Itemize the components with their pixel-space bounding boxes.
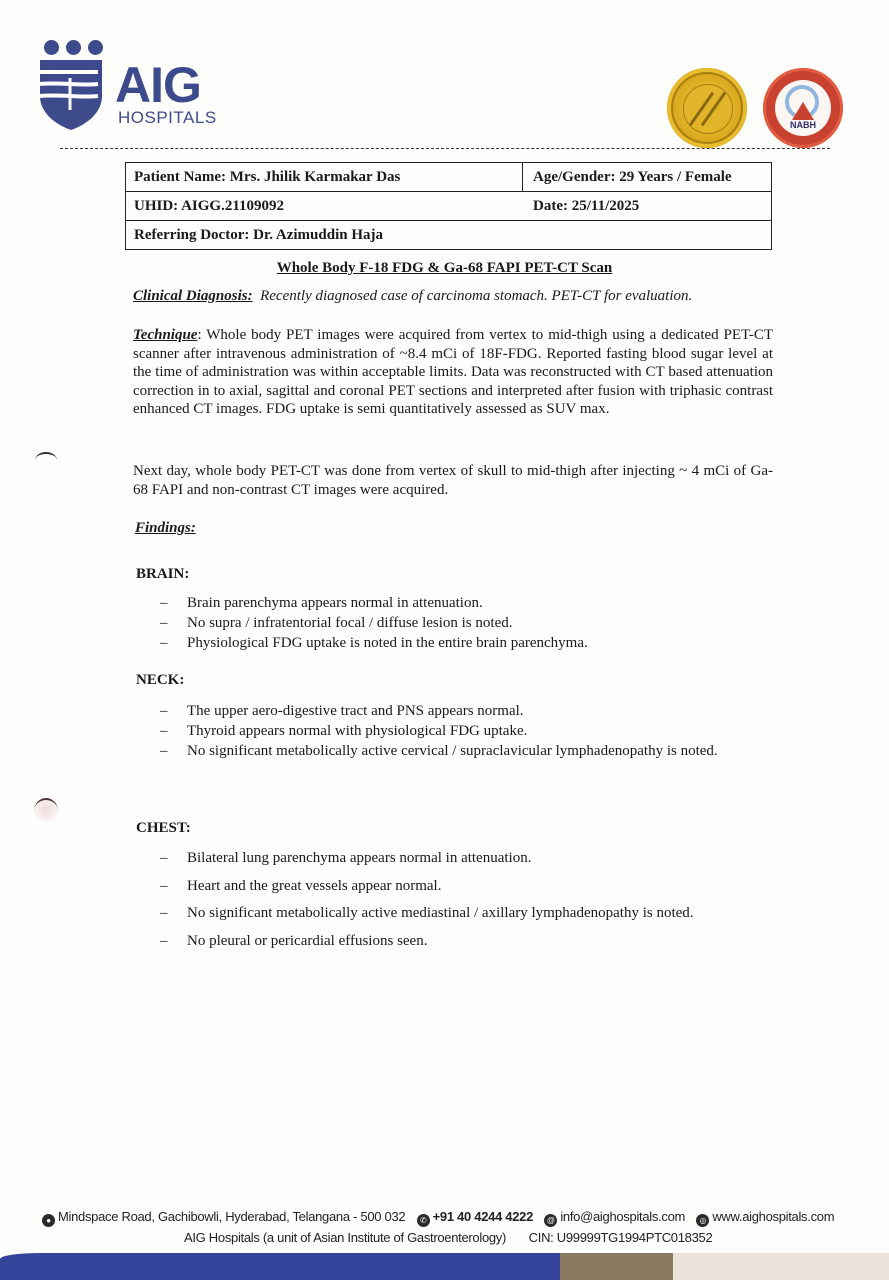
patient-name: Patient Name: Mrs. Jhilik Karmakar Das (126, 169, 522, 186)
technique-paragraph: Technique: Whole body PET images were ac… (133, 326, 773, 419)
list-item: No significant metabolically active medi… (160, 904, 780, 923)
report-date: Date: 25/11/2025 (523, 198, 771, 215)
footer-cin: CIN: U99999TG1994PTC018352 (529, 1230, 713, 1245)
logo-brand-text: AIG (115, 60, 201, 110)
location-pin-icon: ● (42, 1214, 55, 1227)
report-title: Whole Body F-18 FDG & Ga-68 FAPI PET-CT … (0, 260, 889, 277)
neck-findings-list: The upper aero-digestive tract and PNS a… (160, 702, 780, 762)
jci-accreditation-seal (667, 68, 747, 148)
list-item: No supra / infratentorial focal / diffus… (160, 614, 780, 633)
header-divider (60, 148, 830, 149)
list-item: No pleural or pericardial effusions seen… (160, 932, 780, 951)
footer-contact-line: ●Mindspace Road, Gachibowli, Hyderabad, … (42, 1209, 834, 1227)
footer-phone: +91 40 4244 4222 (433, 1209, 533, 1224)
nabh-label: NABH (775, 120, 831, 130)
footer-address: Mindspace Road, Gachibowli, Hyderabad, T… (58, 1209, 405, 1224)
technique-label: Technique (133, 327, 197, 343)
clinical-diagnosis: Clinical Diagnosis: Recently diagnosed c… (133, 288, 692, 305)
section-brain-heading: BRAIN: (136, 566, 189, 583)
patient-uhid: UHID: AIGG.21109092 (126, 198, 523, 215)
list-item: Bilateral lung parenchyma appears normal… (160, 849, 780, 868)
findings-label: Findings: (135, 520, 196, 537)
nabh-accreditation-seal: NABH (763, 68, 843, 148)
clinical-diagnosis-label: Clinical Diagnosis: (133, 288, 253, 304)
footer-email: info@aighospitals.com (560, 1209, 685, 1224)
hole-punch-mark (34, 798, 58, 824)
list-item: Brain parenchyma appears normal in atten… (160, 594, 780, 613)
clinical-diagnosis-text: Recently diagnosed case of carcinoma sto… (260, 288, 692, 304)
next-day-paragraph: Next day, whole body PET-CT was done fro… (133, 462, 773, 499)
referring-doctor: Referring Doctor: Dr. Azimuddin Haja (126, 227, 771, 244)
technique-text: : Whole body PET images were acquired fr… (133, 327, 773, 417)
patient-row-1: Patient Name: Mrs. Jhilik Karmakar Das A… (126, 163, 771, 192)
list-item: Heart and the great vessels appear norma… (160, 877, 780, 896)
hole-punch-mark (35, 452, 57, 468)
list-item: The upper aero-digestive tract and PNS a… (160, 702, 780, 721)
list-item: Thyroid appears normal with physiologica… (160, 722, 780, 741)
aig-shield-logo-icon (40, 60, 104, 130)
list-item: Physiological FDG uptake is noted in the… (160, 634, 780, 653)
email-icon: @ (544, 1214, 557, 1227)
footer-color-bar (0, 1253, 889, 1280)
patient-row-3: Referring Doctor: Dr. Azimuddin Haja (126, 221, 771, 249)
patient-info-table: Patient Name: Mrs. Jhilik Karmakar Das A… (125, 162, 772, 250)
patient-row-2: UHID: AIGG.21109092 Date: 25/11/2025 (126, 192, 771, 221)
footer-entity: AIG Hospitals (a unit of Asian Institute… (184, 1230, 506, 1245)
patient-age-gender: Age/Gender: 29 Years / Female (522, 163, 771, 191)
footer-website: www.aighospitals.com (712, 1209, 834, 1224)
brain-findings-list: Brain parenchyma appears normal in atten… (160, 594, 780, 654)
logo-dots (44, 40, 103, 55)
chest-findings-list: Bilateral lung parenchyma appears normal… (160, 849, 780, 959)
aig-hospitals-logo: AIG HOSPITALS (40, 40, 230, 135)
globe-icon: ◎ (696, 1214, 709, 1227)
list-item: No significant metabolically active cerv… (160, 742, 780, 761)
logo-sub-text: HOSPITALS (118, 109, 217, 127)
footer-entity-line: AIG Hospitals (a unit of Asian Institute… (184, 1230, 712, 1245)
phone-icon: ✆ (417, 1214, 430, 1227)
section-neck-heading: NECK: (136, 672, 184, 689)
section-chest-heading: CHEST: (136, 820, 191, 837)
